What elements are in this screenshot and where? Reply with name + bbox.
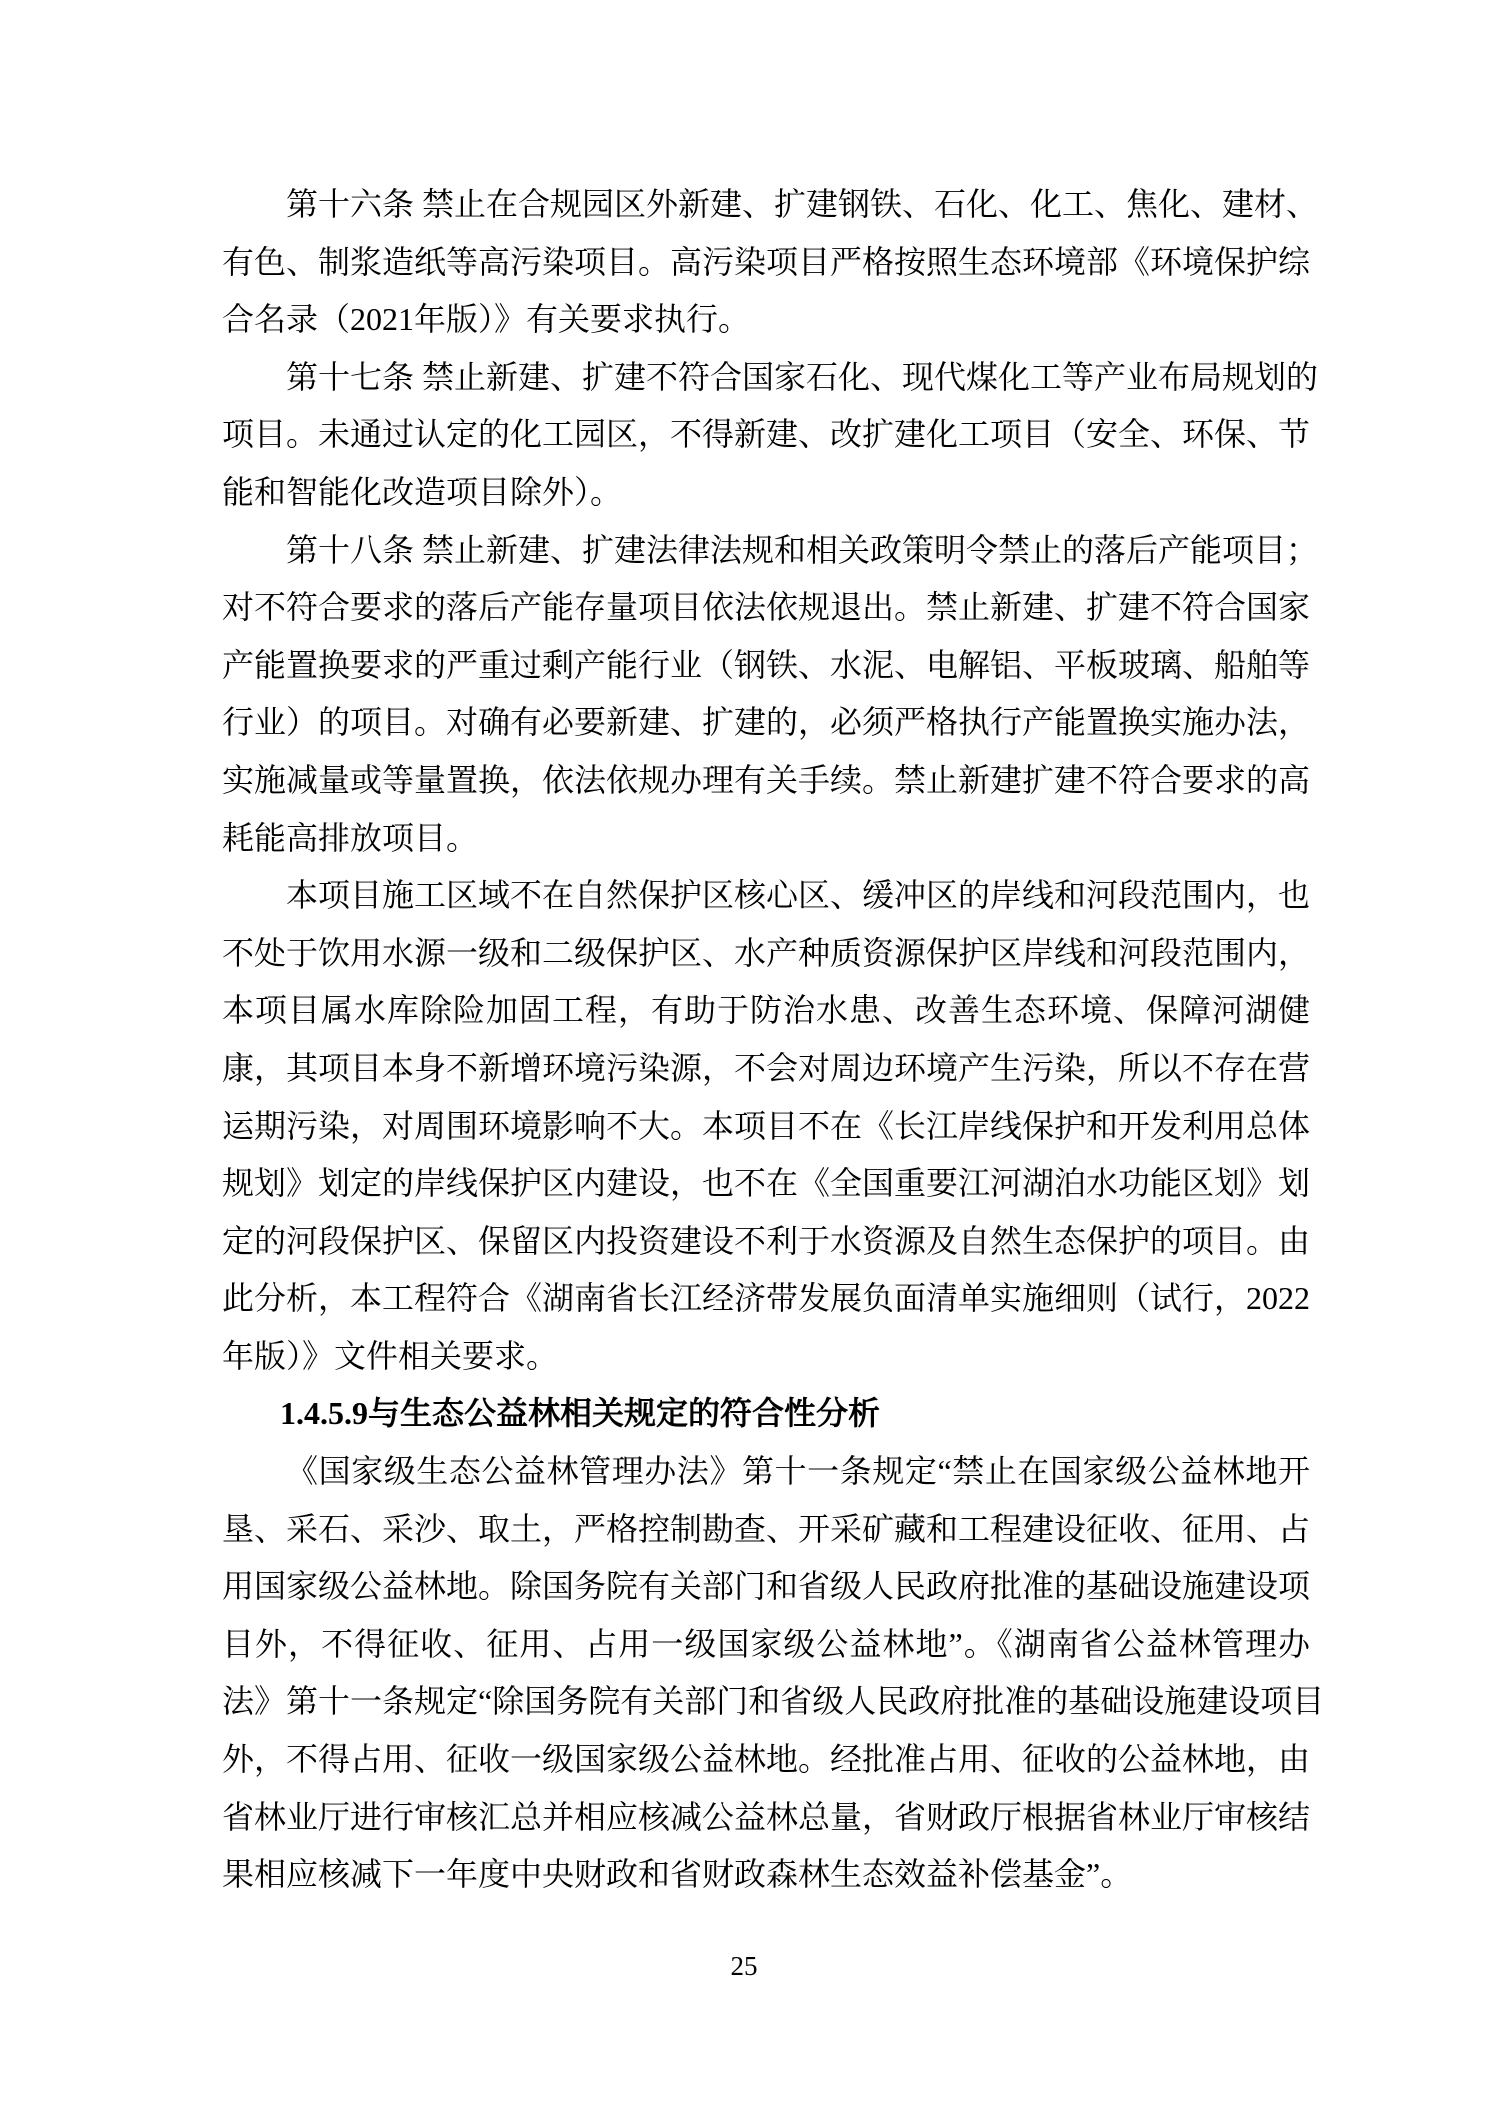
paragraph: 本项目施工区域不在自然保护区核心区、缓冲区的岸线和河段范围内，也不处于饮用水源一… xyxy=(222,867,1310,1385)
paragraph: 第十八条 禁止新建、扩建法律法规和相关政策明令禁止的落后产能项目；对不符合要求的… xyxy=(222,522,1310,868)
text-line: 规划》划定的岸线保护区内建设，也不在《全国重要江河湖泊水功能区划》划 xyxy=(222,1155,1310,1213)
paragraph: 《国家级生态公益林管理办法》第十一条规定“禁止在国家级公益林地开垦、采石、采沙、… xyxy=(222,1443,1310,1904)
text-line: 第十八条 禁止新建、扩建法律法规和相关政策明令禁止的落后产能项目； xyxy=(222,522,1310,580)
text-line: 果相应核减下一年度中央财政和省财政森林生态效益补偿基金”。 xyxy=(222,1846,1310,1904)
section-heading: 1.4.5.9与生态公益林相关规定的符合性分析 xyxy=(222,1385,1310,1443)
text-line: 能和智能化改造项目除外）。 xyxy=(222,464,1310,522)
text-line: 第十六条 禁止在合规园区外新建、扩建钢铁、石化、化工、焦化、建材、 xyxy=(222,176,1310,234)
text-line: 运期污染，对周围环境影响不大。本项目不在《长江岸线保护和开发利用总体 xyxy=(222,1098,1310,1156)
text-line: 耗能高排放项目。 xyxy=(222,810,1310,868)
text-line: 《国家级生态公益林管理办法》第十一条规定“禁止在国家级公益林地开 xyxy=(222,1443,1310,1501)
text-line: 产能置换要求的严重过剩产能行业（钢铁、水泥、电解铝、平板玻璃、船舶等 xyxy=(222,637,1310,695)
text-line: 对不符合要求的落后产能存量项目依法依规退出。禁止新建、扩建不符合国家 xyxy=(222,579,1310,637)
page-number: 25 xyxy=(731,1951,758,1981)
text-line: 省林业厅进行审核汇总并相应核减公益林总量，省财政厅根据省林业厅审核结 xyxy=(222,1789,1310,1847)
paragraph: 第十七条 禁止新建、扩建不符合国家石化、现代煤化工等产业布局规划的项目。未通过认… xyxy=(222,349,1310,522)
text-line: 第十七条 禁止新建、扩建不符合国家石化、现代煤化工等产业布局规划的 xyxy=(222,349,1310,407)
text-line: 合名录（2021年版）》有关要求执行。 xyxy=(222,291,1310,349)
text-line: 年版）》文件相关要求。 xyxy=(222,1328,1310,1386)
document-body: 第十六条 禁止在合规园区外新建、扩建钢铁、石化、化工、焦化、建材、有色、制浆造纸… xyxy=(222,176,1310,1904)
text-line: 此分析，本工程符合《湖南省长江经济带发展负面清单实施细则（试行，2022 xyxy=(222,1270,1310,1328)
text-line: 定的河段保护区、保留区内投资建设不利于水资源及自然生态保护的项目。由 xyxy=(222,1213,1310,1271)
text-line: 有色、制浆造纸等高污染项目。高污染项目严格按照生态环境部《环境保护综 xyxy=(222,234,1310,292)
text-line: 本项目属水库除险加固工程，有助于防治水患、改善生态环境、保障河湖健 xyxy=(222,982,1310,1040)
text-line: 行业）的项目。对确有必要新建、扩建的，必须严格执行产能置换实施办法， xyxy=(222,694,1310,752)
text-line: 垦、采石、采沙、取土，严格控制勘查、开采矿藏和工程建设征收、征用、占 xyxy=(222,1501,1310,1559)
text-line: 法》第十一条规定“除国务院有关部门和省级人民政府批准的基础设施建设项目 xyxy=(222,1673,1310,1731)
text-line: 项目。未通过认定的化工园区，不得新建、改扩建化工项目（安全、环保、节 xyxy=(222,406,1310,464)
text-line: 康，其项目本身不新增环境污染源，不会对周边环境产生污染，所以不存在营 xyxy=(222,1040,1310,1098)
text-line: 目外，不得征收、征用、占用一级国家级公益林地”。《湖南省公益林管理办 xyxy=(222,1616,1310,1674)
page-footer: 25 xyxy=(0,1950,1488,1982)
document-page: 第十六条 禁止在合规园区外新建、扩建钢铁、石化、化工、焦化、建材、有色、制浆造纸… xyxy=(0,0,1488,2104)
text-line: 实施减量或等量置换，依法依规办理有关手续。禁止新建扩建不符合要求的高 xyxy=(222,752,1310,810)
text-line: 不处于饮用水源一级和二级保护区、水产种质资源保护区岸线和河段范围内， xyxy=(222,925,1310,983)
text-line: 本项目施工区域不在自然保护区核心区、缓冲区的岸线和河段范围内，也 xyxy=(222,867,1310,925)
text-line: 用国家级公益林地。除国务院有关部门和省级人民政府批准的基础设施建设项 xyxy=(222,1558,1310,1616)
text-line: 外，不得占用、征收一级国家级公益林地。经批准占用、征收的公益林地，由 xyxy=(222,1731,1310,1789)
paragraph: 第十六条 禁止在合规园区外新建、扩建钢铁、石化、化工、焦化、建材、有色、制浆造纸… xyxy=(222,176,1310,349)
